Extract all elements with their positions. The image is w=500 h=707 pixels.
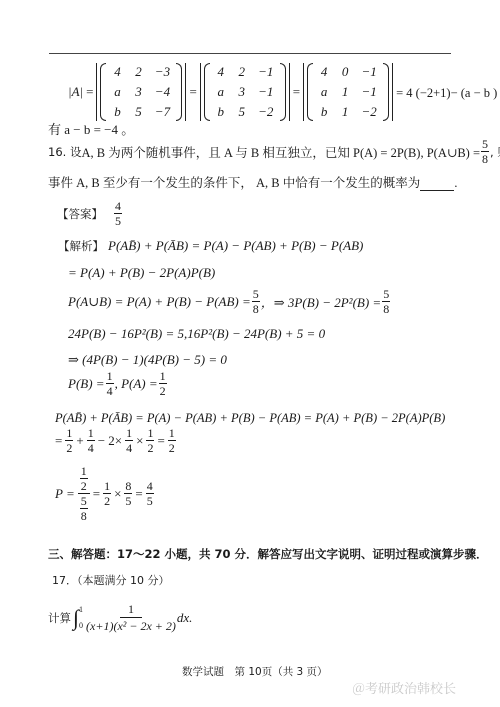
det-matrix-3: 40−1 a1−1 b1−2 (303, 63, 393, 121)
analysis-line-1: 【解析】 P(AB̄) + P(ĀB) = P(A) − P(AB) + P(B… (58, 238, 363, 254)
analysis-label: 【解析】 (58, 238, 104, 254)
question-17-integral: 计算 ∫ 1 0 1 (x+1)(x² − 2x + 2) dx. (48, 603, 192, 632)
page-footer: 数学试题 第 10页（共 3 页） (182, 664, 328, 679)
matrix-3: 40−1 a1−1 b1−2 (307, 63, 389, 121)
complex-fraction: 12 58 (78, 465, 90, 522)
det-matrix-2: 42−1 a3−1 b5−2 (200, 63, 290, 121)
det-lhs: |A| (68, 84, 83, 100)
fraction: 58 (481, 138, 489, 165)
integrand: 1 (x+1)(x² − 2x + 2) (86, 603, 176, 632)
analysis-line-8: = 12 + 14 − 2× 14 × 12 = 12 (55, 427, 177, 454)
analysis-line-3: P(A∪B) = P(A) + P(B) − P(AB) = 58 ，⇒ 3P(… (68, 288, 391, 315)
analysis-line-5: ⇒ (4P(B) − 1)(4P(B) − 5) = 0 (68, 352, 227, 368)
matrix-2: 42−1 a3−1 b5−2 (204, 63, 286, 121)
question-16-line2: 事件 A, B 至少有一个发生的条件下， A, B 中恰有一个发生的概率为 . (48, 173, 457, 191)
analysis-line-6: P(B) = 14 , P(A) = 12 (68, 370, 168, 397)
answer-block: 【答案】 45 (57, 200, 123, 227)
question-17-label: 17．（本题满分 10 分） (52, 572, 170, 588)
analysis-line-4: 24P(B) − 16P²(B) = 5,16P²(B) − 24P(B) + … (68, 326, 325, 342)
matrix-1: 42−3 a3−4 b5−7 (100, 63, 182, 121)
answer-fraction: 45 (114, 200, 122, 227)
watermark: ＠考研政治韩校长 (352, 678, 456, 697)
answer-blank (420, 179, 454, 191)
det-conclusion: 有 a − b = −4 。 (48, 119, 134, 138)
analysis-line-9: P = 12 58 = 12 × 85 = 45 (55, 465, 155, 522)
answer-label: 【答案】 (57, 206, 103, 222)
section-3-heading: 三、解答题：17～22 小题，共 70 分．解答应写出文字说明、证明过程或演算步… (48, 546, 488, 562)
header-rule (49, 53, 451, 54)
determinant-equation: |A| = 42−3 a3−4 b5−7 = 42−1 a3−1 b5−2 = … (68, 63, 500, 121)
det-result: = 4 (−2+1)− (a − b ) ，令 |A| = 0， (396, 83, 500, 101)
analysis-line-7: P(AB̄) + P(ĀB) = P(A) − P(AB) + P(B) − P… (55, 411, 445, 426)
det-matrix-1: 42−3 a3−4 b5−7 (96, 63, 186, 121)
analysis-line-2: = P(A) + P(B) − 2P(A)P(B) (68, 265, 215, 281)
question-16-line1: 16. 设 A, B 为两个随机事件，且 A 与 B 相互独立，已知 P(A) … (48, 138, 500, 165)
